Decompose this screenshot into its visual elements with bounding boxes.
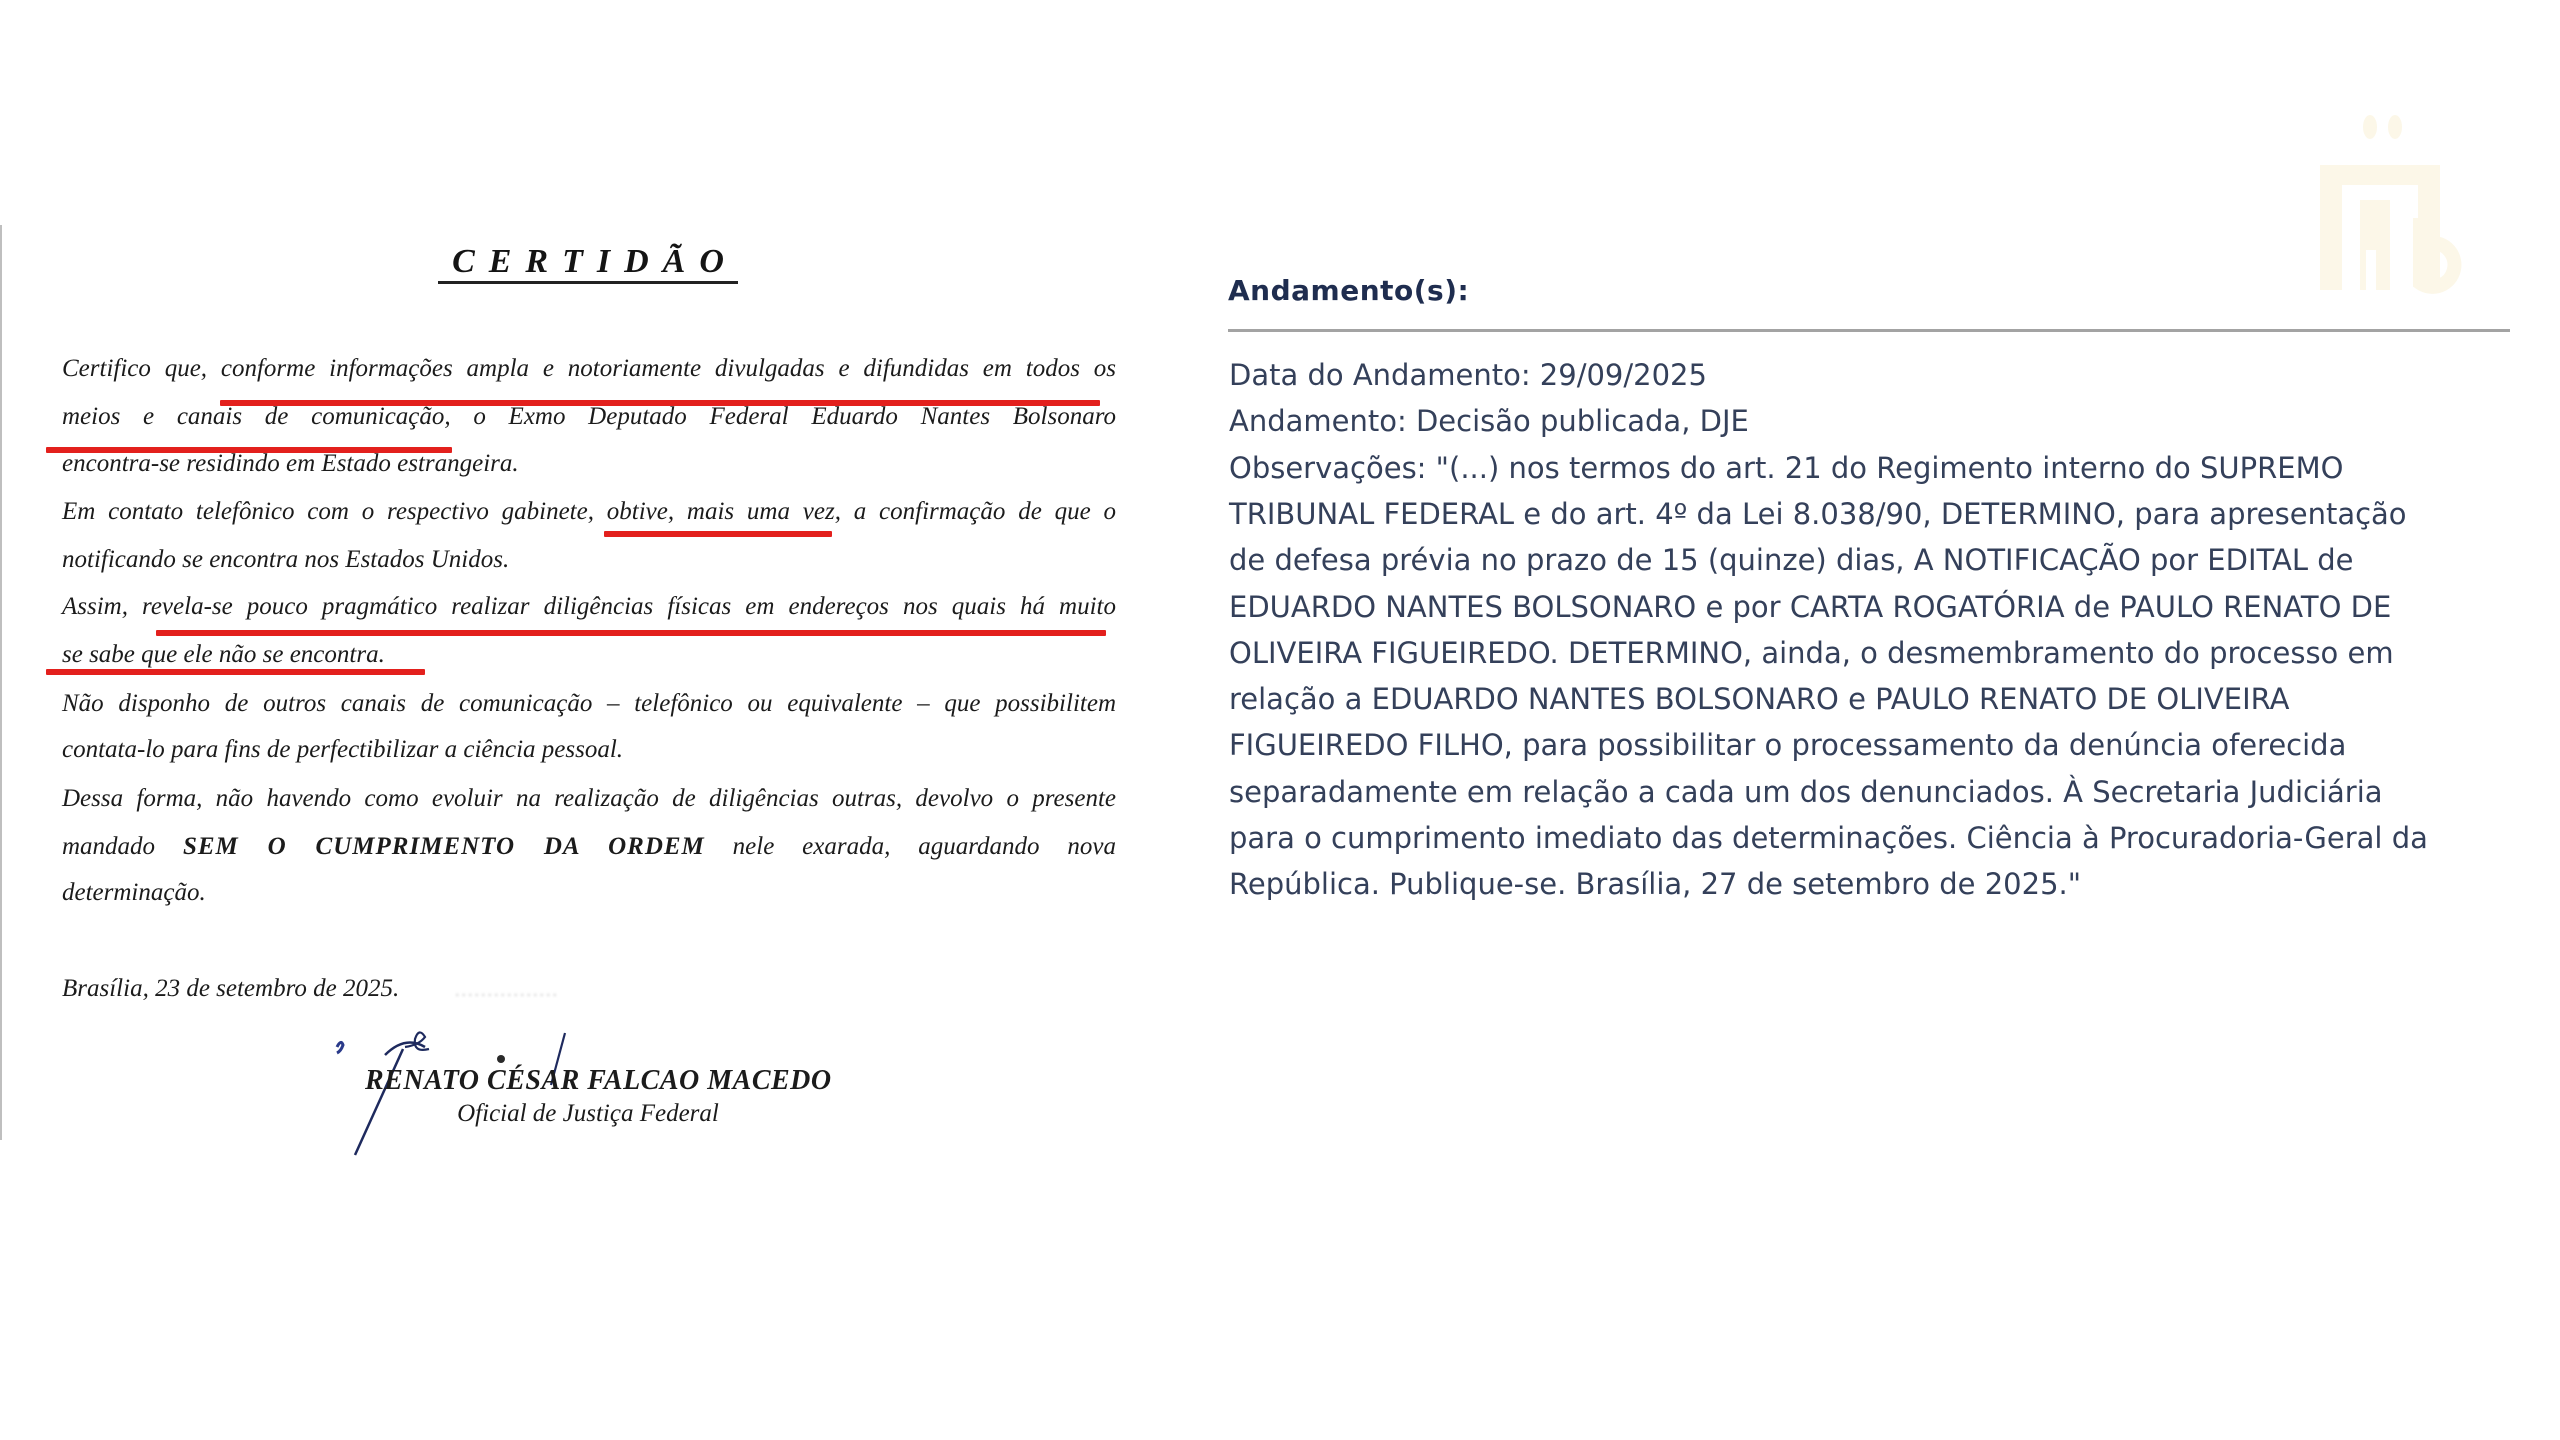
sem-cumprimento-bold: SEM O CUMPRIMENTO DA ORDEM [183,833,705,860]
andamento-line: EDUARDO NANTES BOLSONARO e por CARTA ROG… [1229,584,2391,630]
andamento-line: separadamente em relação a cada um dos d… [1229,769,2383,815]
certidao-line: encontra-se residindo em Estado estrange… [62,444,1116,484]
document-edge [0,225,2,1140]
andamento-line: relação a EDUARDO NANTES BOLSONARO e PAU… [1229,676,2289,722]
certidao-line: Assim, revela-se pouco pragmático realiz… [62,587,1116,627]
certidao-document: CERTIDÃO Certifico que, conforme informa… [0,225,1160,1140]
signatory-role: Oficial de Justiça Federal [0,1100,1176,1128]
blurred-stamp: ................ [455,980,685,1002]
red-highlight-underline [604,531,832,537]
andamento-line: FIGUEIREDO FILHO, para possibilitar o pr… [1229,722,2346,768]
andamento-line: Data do Andamento: 29/09/2025 [1229,352,1707,398]
certidao-line: Não disponho de outros canais de comunic… [62,684,1116,724]
red-highlight-underline [46,669,425,675]
andamento-line: de defesa prévia no prazo de 15 (quinze)… [1229,537,2353,583]
mandado-text: mandado [62,833,155,860]
andamento-heading: Andamento(s): [1228,274,1469,307]
certidao-mandado-line: mandado SEM O CUMPRIMENTO DA ORDEM nele … [62,827,1116,867]
certidao-title: CERTIDÃO [0,243,1176,281]
andamento-line: Andamento: Decisão publicada, DJE [1229,398,1749,444]
andamento-line: para o cumprimento imediato das determin… [1229,815,2428,861]
building-logo-icon [2300,105,2480,295]
andamento-line: TRIBUNAL FEDERAL e do art. 4º da Lei 8.0… [1229,491,2407,537]
andamento-line: República. Publique-se. Brasília, 27 de … [1229,861,2081,907]
heading-divider [1228,329,2510,332]
certidao-line: determinação. [62,873,1116,913]
certidao-line: contata-lo para fins de perfectibilizar … [62,730,1116,770]
certidao-line: notificando se encontra nos Estados Unid… [62,540,1116,580]
certidao-line: Em contato telefônico com o respectivo g… [62,492,1116,532]
certidao-line: Dessa forma, não havendo como evoluir na… [62,779,1116,819]
certidao-line: Certifico que, conforme informações ampl… [62,349,1116,389]
signatory-name: RENATO CÉSAR FALCAO MACEDO [365,1065,832,1097]
andamento-line: OLIVEIRA FIGUEIREDO. DETERMINO, ainda, o… [1229,630,2394,676]
certidao-title-text: CERTIDÃO [438,243,738,284]
certidao-line: meios e canais de comunicação, o Exmo De… [62,397,1116,437]
place-date: Brasília, 23 de setembro de 2025. [62,975,399,1003]
mandado-text-after: nele exarada, aguardando nova [733,833,1116,860]
andamento-line: Observações: "(...) nos termos do art. 2… [1229,445,2343,491]
